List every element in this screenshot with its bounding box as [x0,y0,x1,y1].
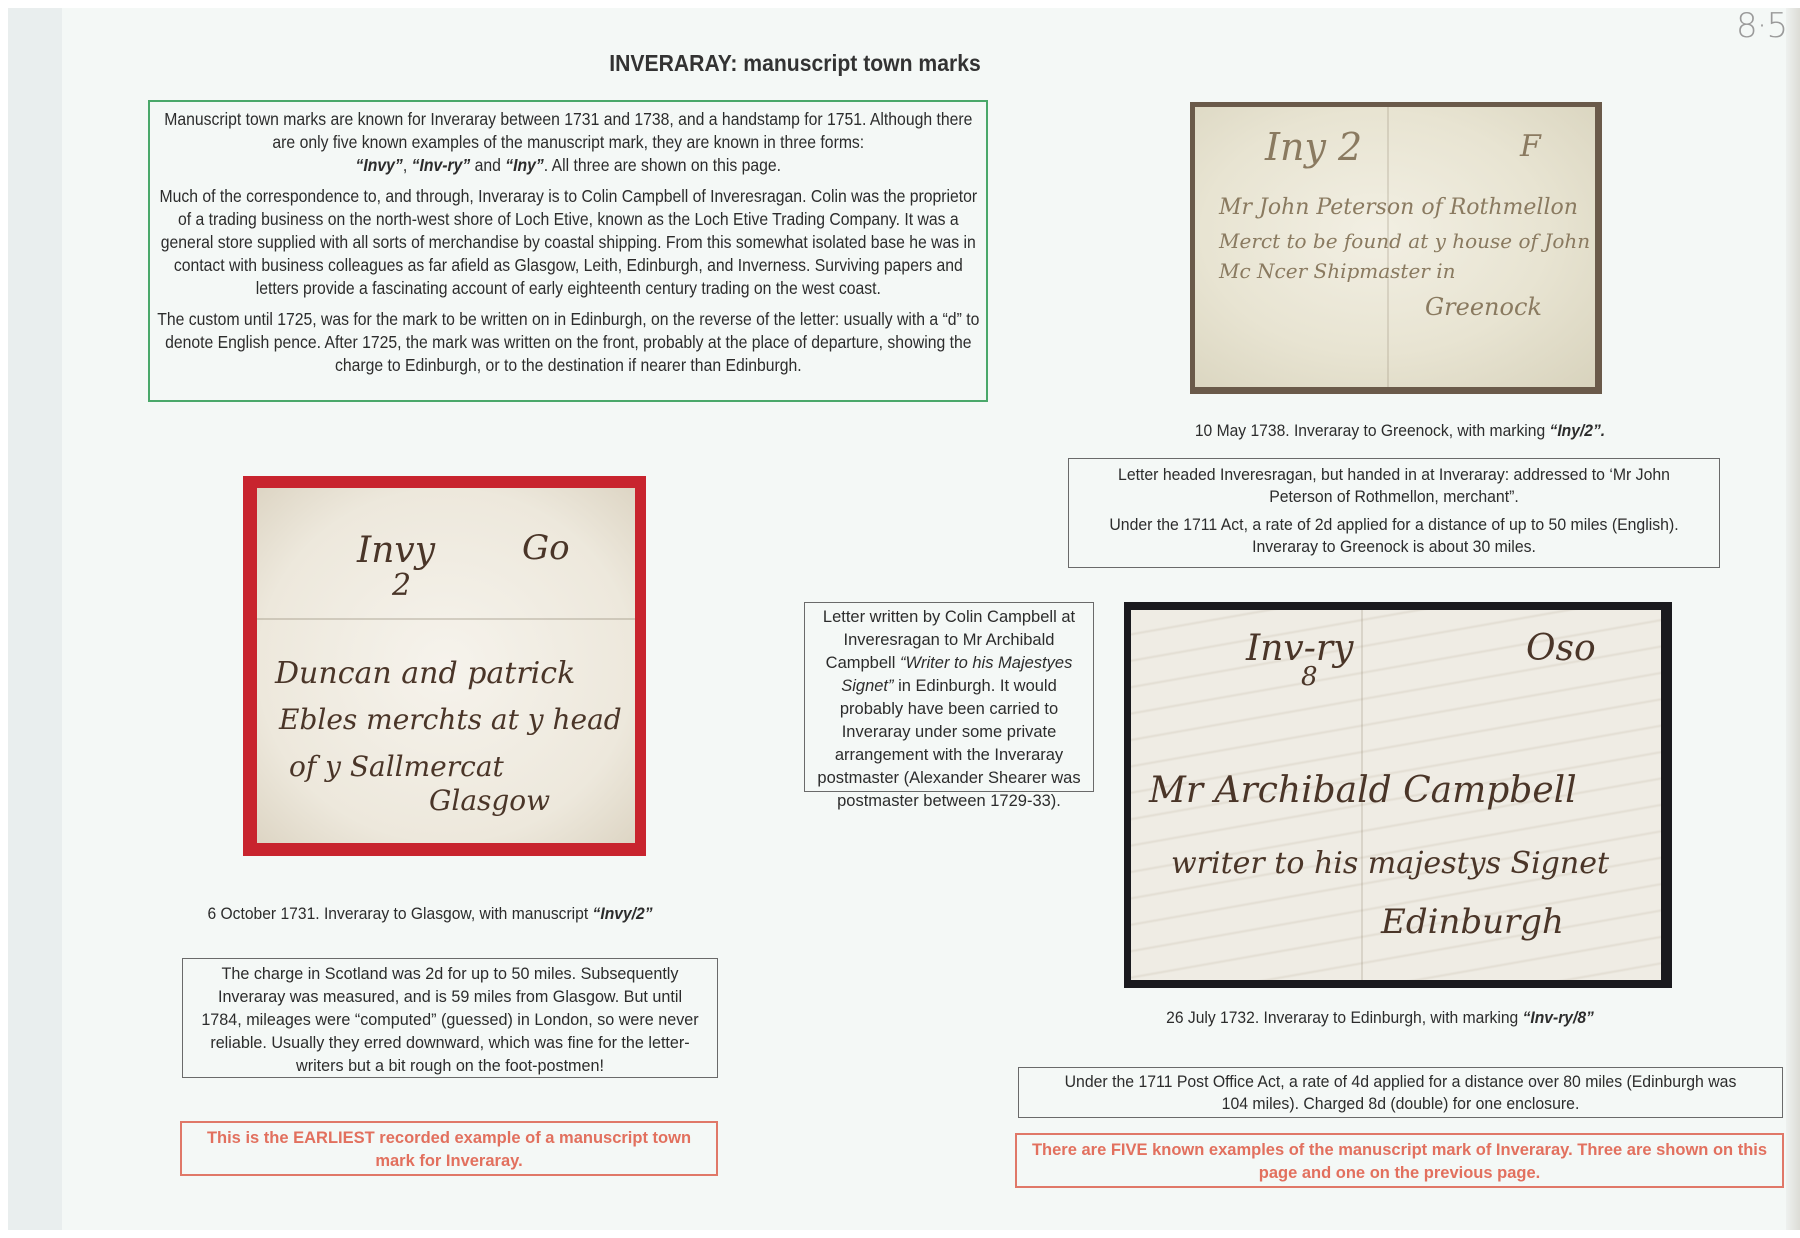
intro-text-box: Manuscript town marks are known for Inve… [148,100,988,402]
note-box-glasgow: The charge in Scotland was 2d for up to … [182,958,718,1078]
letter-paper: Iny 2 F Mr John Peterson of Rothmellon M… [1195,107,1595,387]
note-box-colin-campbell: Letter written by Colin Campbell at Inve… [804,602,1094,792]
note-edinburgh-rate: Under the 1711 Post Office Act, a rate o… [1049,1071,1751,1115]
address-line: Edinburgh [1381,902,1564,942]
address-line: Mr Archibald Campbell [1149,770,1577,811]
caption-mark: “Iny/2”. [1550,421,1606,440]
note-greenock-rate: Under the 1711 Act, a rate of 2d applied… [1095,514,1692,558]
docket-mark: Go [522,528,570,568]
intro-paragraph-forms: Manuscript town marks are known for Inve… [156,108,979,177]
intro-forms-text: Manuscript town marks are known for Inve… [164,109,972,152]
side-note-text: in Edinburgh. It would probably have bee… [817,677,1080,810]
highlight-box-earliest: This is the EARLIEST recorded example of… [180,1121,718,1176]
rate-mark: 2 [392,568,411,603]
page-edge-shadow [1786,8,1800,1230]
address-line: Mc Ncer Shipmaster in [1219,259,1456,283]
page-number: 8·5 [1736,6,1787,46]
highlight-five-text: There are FIVE known examples of the man… [1023,1139,1776,1185]
intro-paragraph-custom: The custom until 1725, was for the mark … [156,308,979,377]
caption-greenock: 10 May 1738. Inveraray to Greenock, with… [1124,421,1676,441]
note-box-greenock: Letter headed Inveresragan, but handed i… [1068,458,1720,568]
caption-text: 6 October 1731. Inveraray to Glasgow, wi… [207,904,592,923]
docket-mark: Oso [1526,628,1596,669]
letter-image-edinburgh: Inv-ry 8 Oso Mr Archibald Campbell write… [1124,602,1672,988]
form-inv-ry: “Inv-ry” [411,155,470,175]
note-glasgow-mileage: The charge in Scotland was 2d for up to … [200,962,700,1077]
letter-paper: Invy 2 Go Duncan and patrick Ebles merch… [257,488,635,843]
note-greenock-address: Letter headed Inveresragan, but handed i… [1095,464,1692,508]
caption-text: 10 May 1738. Inveraray to Greenock, with… [1195,421,1550,440]
address-line: Ebles merchts at y head [279,703,622,736]
caption-mark: “Invy/2” [593,904,653,923]
separator: , [403,155,412,175]
highlight-box-five-examples: There are FIVE known examples of the man… [1015,1133,1784,1188]
caption-glasgow: 6 October 1731. Inveraray to Glasgow, wi… [172,904,687,924]
form-invy: “Invy” [355,155,402,175]
manuscript-mark: Inv-ry [1246,628,1353,669]
page-title: INVERARAY: manuscript town marks [64,50,1527,77]
address-line: Duncan and patrick [275,656,575,691]
letter-image-glasgow: Invy 2 Go Duncan and patrick Ebles merch… [243,476,646,856]
rate-mark: F [1520,129,1541,164]
note-box-edinburgh: Under the 1711 Post Office Act, a rate o… [1018,1067,1783,1118]
form-iny: “Iny” [505,155,544,175]
address-line: writer to his majestys Signet [1171,846,1609,881]
note-colin-campbell: Letter written by Colin Campbell at Inve… [809,606,1089,813]
manuscript-mark: Iny 2 [1265,125,1362,169]
intro-paragraph-campbell: Much of the correspondence to, and throu… [156,185,979,300]
caption-text: 26 July 1732. Inveraray to Edinburgh, wi… [1166,1008,1522,1027]
address-line: Merct to be found at y house of John [1219,229,1590,253]
letter-image-greenock: Iny 2 F Mr John Peterson of Rothmellon M… [1190,102,1602,394]
rate-mark: 8 [1301,662,1318,692]
address-line: Greenock [1425,293,1542,321]
address-line: Glasgow [429,784,550,817]
caption-mark: “Inv-ry/8” [1523,1008,1594,1027]
caption-edinburgh: 26 July 1732. Inveraray to Edinburgh, wi… [1104,1008,1656,1028]
address-line: of y Sallmercat [289,750,504,783]
address-line: Mr John Peterson of Rothmellon [1219,195,1578,220]
highlight-earliest-text: This is the EARLIEST recorded example of… [188,1127,710,1173]
separator: and [470,155,505,175]
intro-forms-suffix: . All three are shown on this page. [543,155,780,175]
manuscript-mark: Invy [357,530,435,571]
page-binding-strip [8,8,62,1230]
letter-paper: Inv-ry 8 Oso Mr Archibald Campbell write… [1131,610,1661,980]
